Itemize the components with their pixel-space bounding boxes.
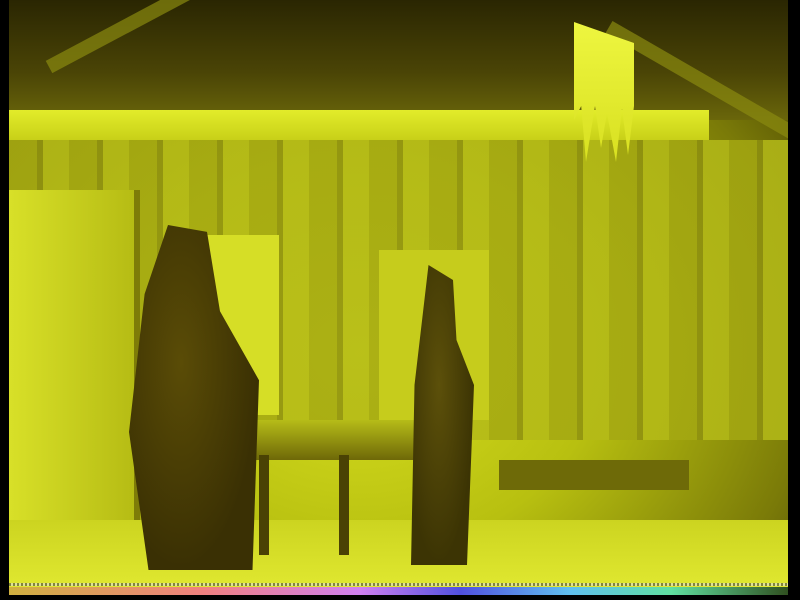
signal-noise: [9, 583, 788, 586]
bench: [499, 460, 689, 490]
film-frame: [9, 0, 788, 588]
wardrobe: [9, 190, 140, 550]
table-leg: [259, 455, 269, 555]
floor: [9, 520, 788, 588]
table-leg: [339, 455, 349, 555]
color-stripe: [9, 587, 788, 595]
table: [234, 420, 424, 460]
